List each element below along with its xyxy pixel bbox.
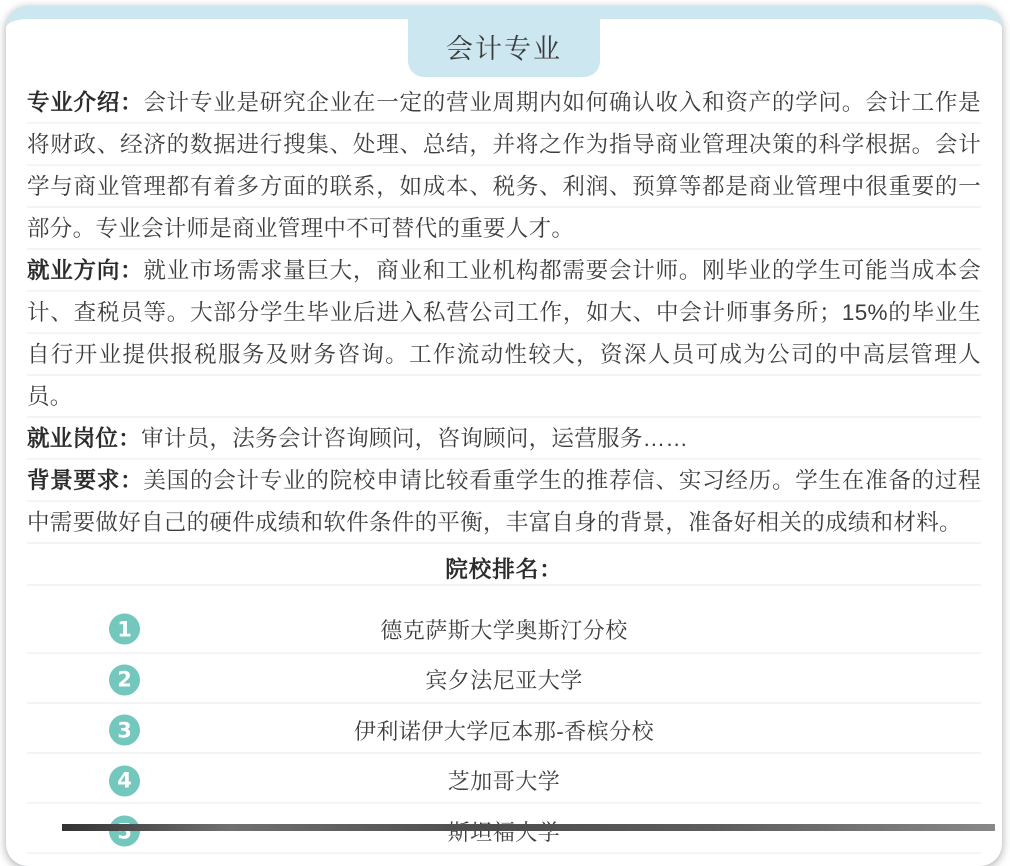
rank-1-badge-icon: 1	[109, 614, 140, 645]
paragraph-career-direction: 就业方向：就业市场需求量巨大，商业和工业机构都需要会计师。刚毕业的学生可能当成本…	[27, 250, 981, 418]
list-item: 1 德克萨斯大学奥斯汀分校	[27, 604, 981, 655]
university-name: 德克萨斯大学奥斯汀分校	[380, 614, 628, 645]
rank-3-badge-icon: 3	[109, 715, 140, 746]
paragraph-background-requirements: 背景要求：美国的会计专业的院校申请比较看重学生的推荐信、实习经历。学生在准备的过…	[27, 460, 981, 544]
section-text-major-intro: 会计专业是研究企业在一定的营业周期内如何确认收入和资产的学问。会计工作是将财政、…	[27, 90, 981, 241]
list-item: 3 伊利诺伊大学厄本那-香槟分校	[27, 705, 981, 756]
page-title: 会计专业	[408, 19, 600, 77]
next-section-edge-bar	[62, 824, 995, 831]
university-name: 伊利诺伊大学厄本那-香槟分校	[354, 715, 654, 746]
section-label-major-intro: 专业介绍：	[27, 90, 143, 115]
section-label-job-positions: 就业岗位：	[27, 426, 141, 451]
ranking-heading: 院校排名：	[27, 549, 981, 591]
paragraph-major-intro: 专业介绍：会计专业是研究企业在一定的营业周期内如何确认收入和资产的学问。会计工作…	[27, 82, 981, 250]
section-text-background-requirements: 美国的会计专业的院校申请比较看重学生的推荐信、实习经历。学生在准备的过程中需要做…	[27, 468, 981, 535]
description-paragraphs: 专业介绍：会计专业是研究企业在一定的营业周期内如何确认收入和资产的学问。会计工作…	[27, 82, 981, 591]
rank-4-badge-icon: 4	[109, 765, 140, 796]
rank-2-badge-icon: 2	[109, 664, 140, 695]
section-text-job-positions: 审计员，法务会计咨询顾问，咨询顾问，运营服务……	[141, 426, 688, 451]
list-item: 2 宾夕法尼亚大学	[27, 655, 981, 706]
paragraph-job-positions: 就业岗位：审计员，法务会计咨询顾问，咨询顾问，运营服务……	[27, 418, 981, 460]
major-info-card: 会计专业 专业介绍：会计专业是研究企业在一定的营业周期内如何确认收入和资产的学问…	[6, 6, 1002, 831]
card-content: 专业介绍：会计专业是研究企业在一定的营业周期内如何确认收入和资产的学问。会计工作…	[6, 82, 1002, 831]
university-name: 芝加哥大学	[448, 765, 561, 796]
section-label-background-requirements: 背景要求：	[27, 468, 143, 493]
ranking-list: 1 德克萨斯大学奥斯汀分校 2 宾夕法尼亚大学 3 伊利诺伊大学厄本那-香槟分校…	[27, 604, 981, 831]
section-text-career-direction: 就业市场需求量巨大，商业和工业机构都需要会计师。刚毕业的学生可能当成本会计、查税…	[27, 258, 981, 409]
section-label-career-direction: 就业方向：	[27, 258, 143, 283]
list-item: 4 芝加哥大学	[27, 756, 981, 807]
university-name: 宾夕法尼亚大学	[425, 664, 583, 695]
